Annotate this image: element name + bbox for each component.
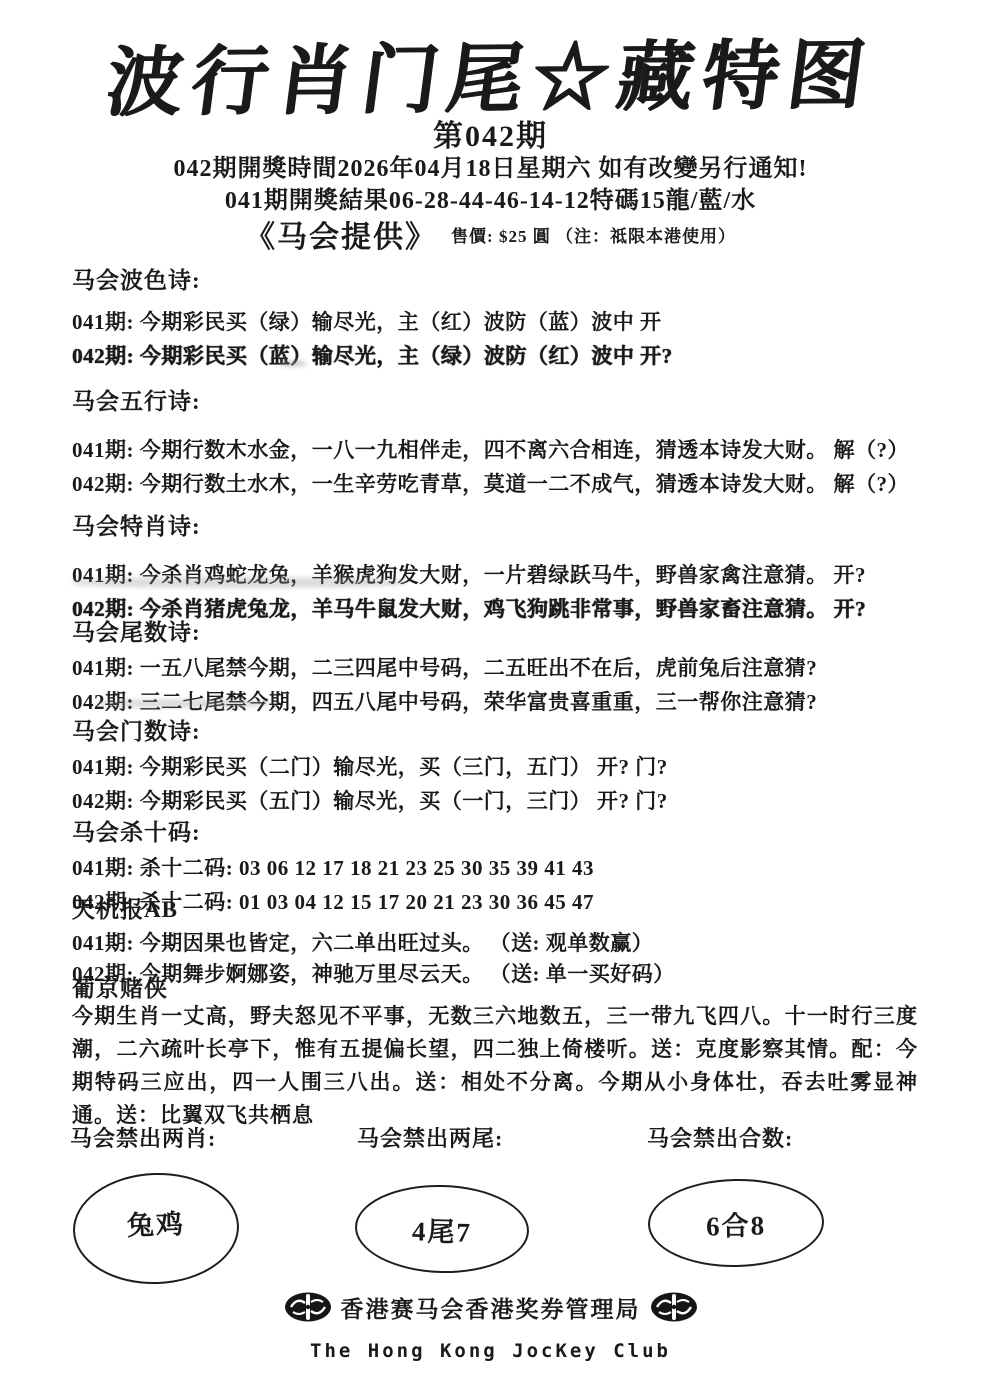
forbidden-sum-label: 马会禁出合数: <box>647 1122 793 1153</box>
provider-title: 《马会提供》 <box>245 212 437 256</box>
section-heading: 天机报AB <box>72 891 921 924</box>
jockey-club-logo-icon <box>283 1290 333 1324</box>
scan-smudge <box>72 577 407 588</box>
poem-line-042: 042期: 今期舞步婀娜姿，神驰万里尽云天。 （送: 单一买好码） <box>72 959 921 990</box>
scanned-tip-sheet-page: 波行肖门尾☆藏特图 第042期 042期開獎時間2026年04月18日星期六 如… <box>0 0 981 1388</box>
poem-line-041: 041期: 今期行数木水金，一八一九相伴走，四不离六合相连，猜透本诗发大财。 解… <box>72 433 921 467</box>
forbidden-tail-oval: 4尾7 <box>354 1183 530 1276</box>
section-gate-number-poem: 马会门数诗: 041期: 今期彩民买（二门）输尽光，买（三门，五门） 开? 门?… <box>72 713 921 818</box>
poem-line-042: 042期: 今期行数土水木，一生辛劳吃青草，莫道一二不成气，猜透本诗发大财。 解… <box>72 467 921 501</box>
poem-line-042: 042期: 今期彩民买（蓝）输尽光，主（绿）波防（红）波中 开? <box>72 339 921 373</box>
club-name-english: The Hong Kong JocKey Club <box>0 1340 981 1362</box>
price-note: 售價: $25 圓 （注：祗限本港使用） <box>451 222 736 247</box>
poem-line-041: 041期: 今期因果也皆定，六二单出旺过头。 （送: 观单数赢） <box>72 928 921 959</box>
last-result-line: 041期開獎結果06-28-44-46-14-12特碼15龍/藍/水 <box>0 180 981 215</box>
poem-line-041: 041期: 今期彩民买（绿）输尽光，主（红）波防（蓝）波中 开 <box>72 305 921 339</box>
poem-line-041: 041期: 今期彩民买（二门）输尽光，买（三门，五门） 开? 门? <box>72 750 921 784</box>
provider-row: 《马会提供》 售價: $25 圓 （注：祗限本港使用） <box>0 212 981 256</box>
forbidden-tail-label: 马会禁出两尾: <box>357 1122 503 1153</box>
forbidden-zodiac-oval: 兔鸡 <box>71 1170 241 1287</box>
section-heading: 马会特肖诗: <box>72 508 921 541</box>
poem-line-041: 041期: 一五八尾禁今期，二三四尾中号码，二五旺出不在后，虎前兔后注意猜? <box>72 651 921 685</box>
forbidden-sum-oval: 6合8 <box>647 1177 825 1268</box>
section-tianji-report: 天机报AB 041期: 今期因果也皆定，六二单出旺过头。 （送: 观单数赢） 0… <box>72 891 921 990</box>
section-heading: 马会门数诗: <box>72 713 921 746</box>
section-heading: 马会波色诗: <box>72 262 921 295</box>
forbidden-sum-value: 6合8 <box>706 1203 767 1243</box>
forbidden-zodiac-label: 马会禁出两肖: <box>70 1122 216 1153</box>
scan-smudge <box>280 360 306 367</box>
section-five-elements-poem: 马会五行诗: 041期: 今期行数木水金，一八一九相伴走，四不离六合相连，猜透本… <box>72 383 921 501</box>
section-heading: 马会尾数诗: <box>72 614 921 647</box>
footer-club-row: 香港赛马会香港奖券管理局 <box>0 1290 981 1324</box>
kill-codes-041: 041期: 杀十二码: 03 06 12 17 18 21 23 25 30 3… <box>72 851 921 885</box>
jockey-club-logo-icon <box>649 1290 699 1324</box>
section-heading: 马会杀十码: <box>72 814 921 847</box>
poem-line-042: 042期: 今期彩民买（五门）输尽光，买（一门，三门） 开? 门? <box>72 784 921 818</box>
section-heading: 马会五行诗: <box>72 383 921 416</box>
section-special-zodiac-poem: 马会特肖诗: 041期: 今杀肖鸡蛇龙兔，羊猴虎狗发大财，一片碧绿跃马牛，野兽家… <box>72 508 921 626</box>
club-name-chinese: 香港赛马会香港奖券管理局 <box>341 1291 641 1324</box>
section-wave-color-poem: 马会波色诗: 041期: 今期彩民买（绿）输尽光，主（红）波防（蓝）波中 开 0… <box>72 262 921 373</box>
forbidden-zodiac-value: 兔鸡 <box>126 1202 185 1243</box>
scan-smudge <box>96 699 271 708</box>
forbidden-tail-value: 4尾7 <box>411 1209 472 1250</box>
pujing-paragraph: 今期生肖一丈高，野夫怒见不平事，无数三六地数五，三一带九飞四八。十一时行三度潮，… <box>72 1000 918 1132</box>
pujing-heading: 葡京赌侠 <box>72 970 168 1003</box>
draw-time-line: 042期開獎時間2026年04月18日星期六 如有改變另行通知! <box>0 148 981 183</box>
